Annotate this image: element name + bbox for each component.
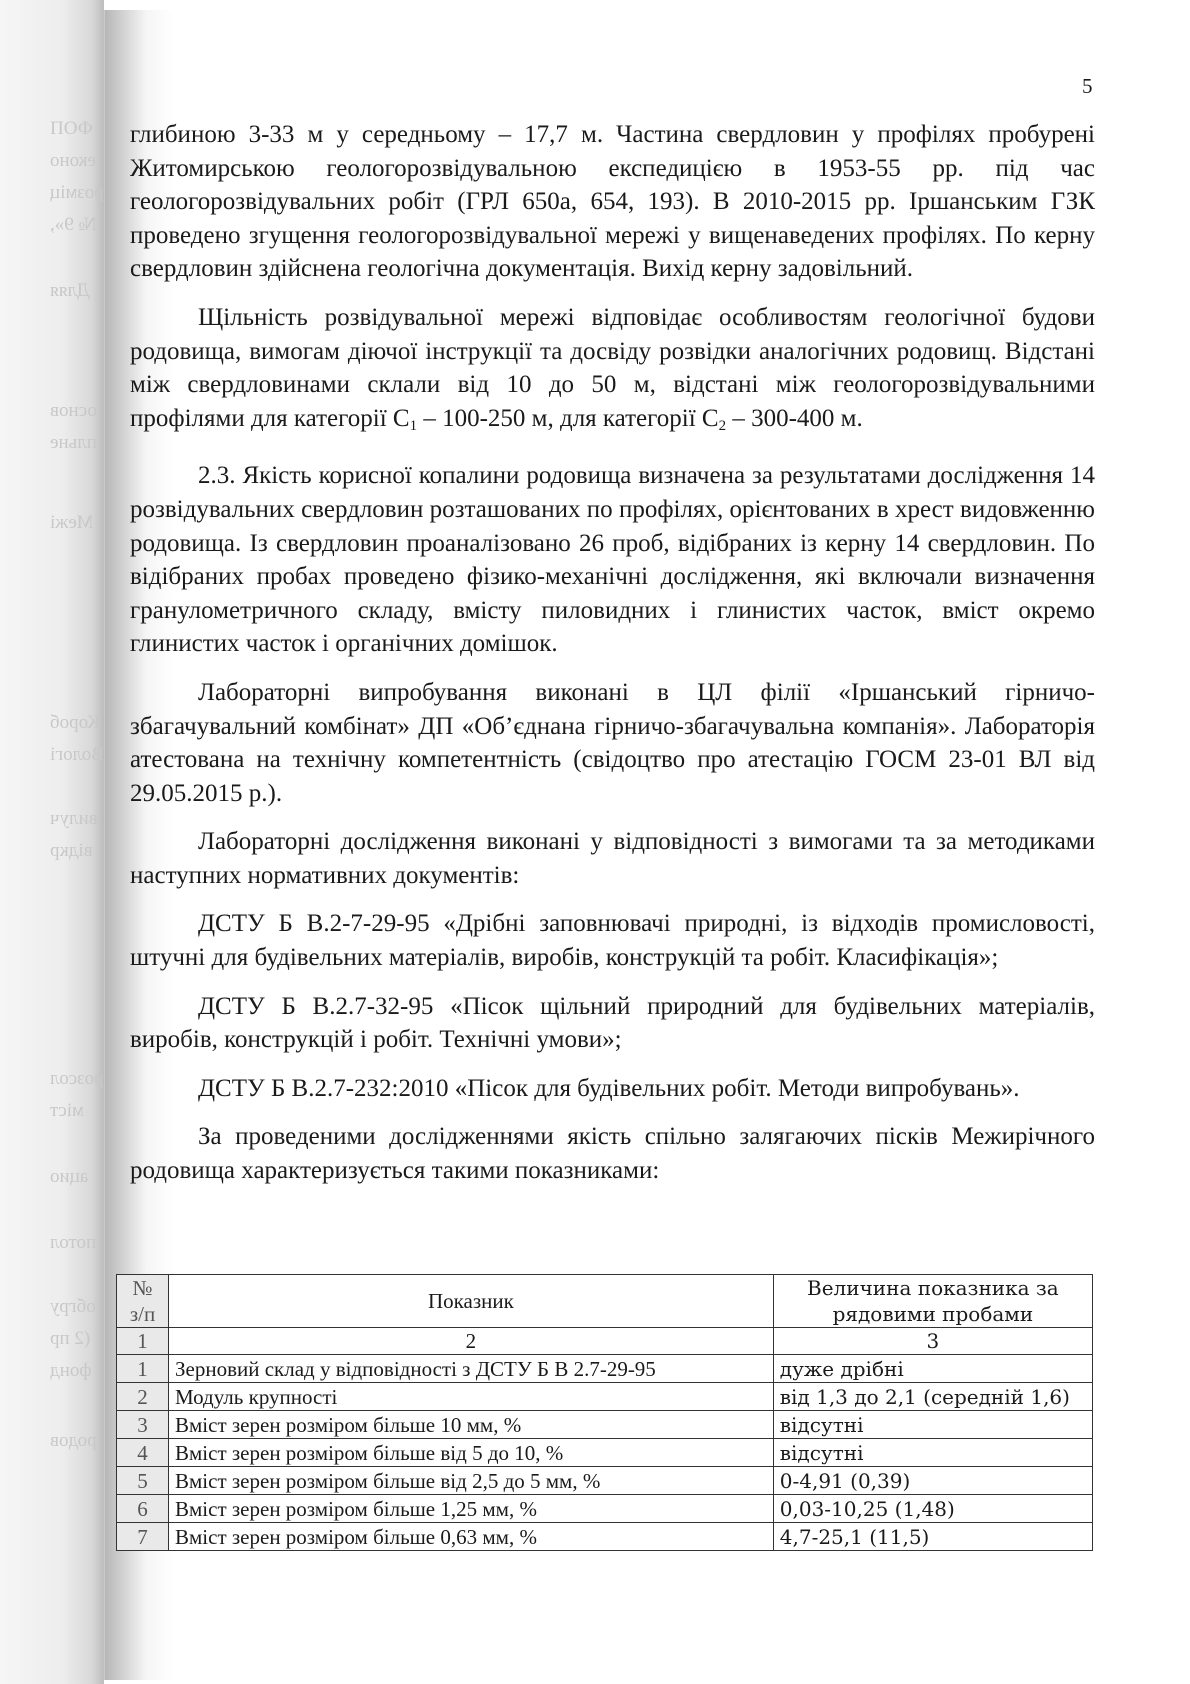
ghost-text: міст (50, 1100, 84, 1122)
table-row: 2Модуль крупностівід 1,3 до 2,1 (середні… (117, 1383, 1093, 1411)
table-row: 6Вміст зерен розміром більше 1,25 мм, %0… (117, 1495, 1093, 1523)
category-subscript: 1 (410, 418, 418, 434)
row-value: 4,7-25,1 (11,5) (773, 1523, 1092, 1551)
paragraph-quality-summary: За проведеними дослідженнями якість спіл… (130, 1120, 1095, 1187)
ghost-text: Вологі (50, 744, 104, 766)
index-cell: 2 (169, 1328, 774, 1355)
index-cell: 1 (117, 1328, 169, 1355)
table-header-row: № з/п Показник Величина показника за ряд… (117, 1275, 1093, 1328)
table-row: 4Вміст зерен розміром більше від 5 до 10… (117, 1439, 1093, 1467)
ghost-text: ФОП (50, 118, 93, 140)
row-value: 0-4,91 (0,39) (773, 1467, 1092, 1495)
row-value: від 1,3 до 2,1 (середній 1,6) (773, 1383, 1092, 1411)
ghost-text: ацио (50, 1166, 88, 1188)
ghost-text: Межі (50, 512, 93, 534)
table-row: 1Зерновий склад у відповідності з ДСТУ Б… (117, 1355, 1093, 1383)
ghost-text: № 9», (50, 214, 97, 236)
page-number: 5 (1082, 74, 1093, 99)
table-body: 1Зерновий склад у відповідності з ДСТУ Б… (117, 1355, 1093, 1551)
ghost-text: пльне (50, 432, 97, 454)
ghost-text: відкр (50, 840, 93, 862)
ghost-text: основ (50, 400, 97, 422)
table-index-row: 1 2 3 (117, 1328, 1093, 1355)
row-indicator: Вміст зерен розміром більше від 2,5 до 5… (169, 1467, 774, 1495)
row-number: 1 (117, 1355, 169, 1383)
row-value: 0,03-10,25 (1,48) (773, 1495, 1092, 1523)
row-number: 5 (117, 1467, 169, 1495)
ghost-text: родов (50, 1430, 97, 1452)
ghost-text: фонд (50, 1360, 92, 1382)
ghost-text: потол (50, 1232, 96, 1254)
density-text-3: – 300-400 м. (726, 405, 863, 432)
table-row: 3Вміст зерен розміром більше 10 мм, %від… (117, 1411, 1093, 1439)
body-text: глибиною 3-33 м у середньому – 17,7 м. Ч… (130, 118, 1095, 1188)
ghost-text: Короб (50, 712, 100, 734)
paragraph-quality-section: 2.3. Якість корисної копалини родовища в… (130, 459, 1095, 661)
row-number: 4 (117, 1439, 169, 1467)
ghost-text: (2 пр (50, 1328, 90, 1350)
paragraph-network-density: Щільність розвідувальної мережі відповід… (130, 301, 1095, 435)
ghost-text: розсол (50, 1068, 104, 1090)
table-row: 5Вміст зерен розміром більше від 2,5 до … (117, 1467, 1093, 1495)
header-indicator: Показник (169, 1275, 774, 1328)
ghost-text: розміц (50, 182, 104, 204)
row-indicator: Вміст зерен розміром більше 0,63 мм, % (169, 1523, 774, 1551)
standard-dstu-232-2010: ДСТУ Б В.2.7-232:2010 «Пісок для будівел… (130, 1072, 1095, 1106)
ghost-text: вилуч (50, 808, 98, 830)
ghost-text: обгру (50, 1296, 96, 1318)
ghost-text: Дляя (50, 280, 90, 302)
row-value: дуже дрібні (773, 1355, 1092, 1383)
row-number: 7 (117, 1523, 169, 1551)
table-row: 7Вміст зерен розміром більше 0,63 мм, %4… (117, 1523, 1093, 1551)
row-indicator: Вміст зерен розміром більше від 5 до 10,… (169, 1439, 774, 1467)
ghost-text: еконо (50, 150, 96, 172)
row-indicator: Вміст зерен розміром більше 1,25 мм, % (169, 1495, 774, 1523)
row-indicator: Вміст зерен розміром більше 10 мм, % (169, 1411, 774, 1439)
row-indicator: Зерновий склад у відповідності з ДСТУ Б … (169, 1355, 774, 1383)
row-number: 2 (117, 1383, 169, 1411)
row-value: відсутні (773, 1439, 1092, 1467)
category-subscript: 2 (719, 418, 727, 434)
header-number: № з/п (117, 1275, 169, 1328)
paragraph-depth-drilling: глибиною 3-33 м у середньому – 17,7 м. Ч… (130, 118, 1095, 286)
index-cell: 3 (773, 1328, 1092, 1355)
row-number: 3 (117, 1411, 169, 1439)
header-value: Величина показника за рядовими пробами (773, 1275, 1092, 1328)
row-value: відсутні (773, 1411, 1092, 1439)
row-number: 6 (117, 1495, 169, 1523)
paragraph-lab-tests: Лабораторні випробування виконані в ЦЛ ф… (130, 676, 1095, 810)
paragraph-lab-standards: Лабораторні дослідження виконані у відпо… (130, 825, 1095, 892)
standard-dstu-29-95: ДСТУ Б В.2-7-29-95 «Дрібні заповнювачі п… (130, 907, 1095, 974)
standard-dstu-32-95: ДСТУ Б В.2.7-32-95 «Пісок щільний природ… (130, 990, 1095, 1057)
sand-quality-table: № з/п Показник Величина показника за ряд… (116, 1274, 1093, 1551)
row-indicator: Модуль крупності (169, 1383, 774, 1411)
density-text-2: – 100-250 м, для категорії С (417, 405, 719, 432)
